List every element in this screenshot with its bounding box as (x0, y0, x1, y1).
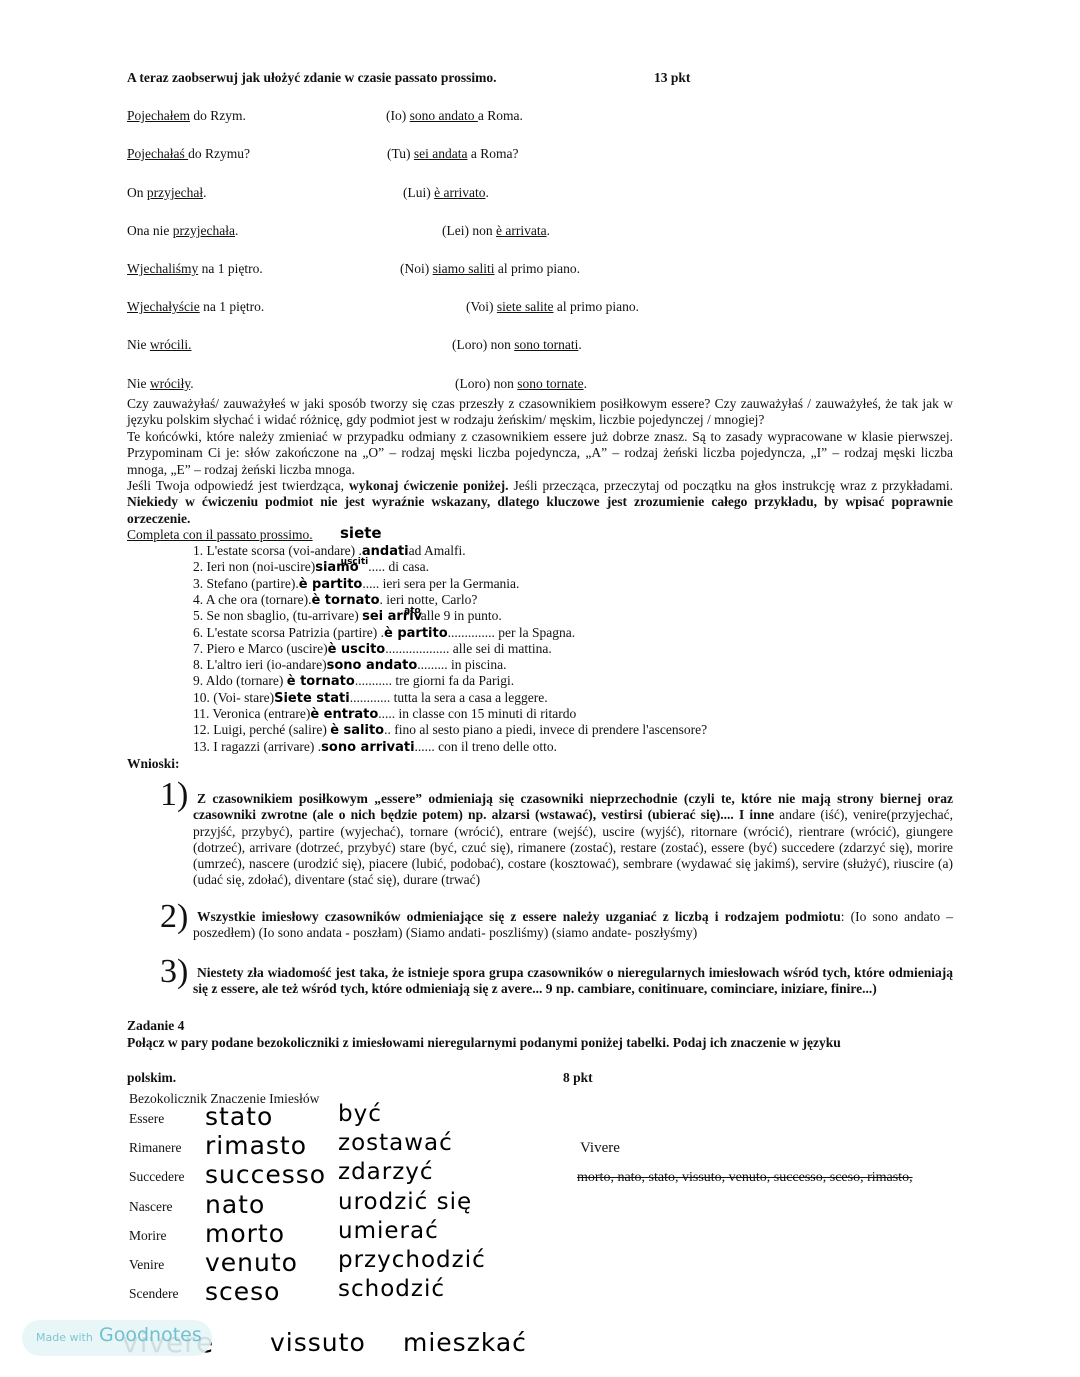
handwritten-answer: è salito (330, 723, 384, 738)
exercise-item: 12. Luigi, perché (salire) è salito.. fi… (193, 722, 707, 738)
conclusion-text: Z czasownikiem posiłkowym „essere” odmie… (193, 791, 953, 889)
handwritten-answer: è uscito (328, 642, 386, 657)
example-italian: (Loro) non sono tornate. (455, 376, 587, 392)
handwritten-participle: venuto (205, 1248, 298, 1277)
handwritten-meaning: przychodzić (338, 1247, 486, 1273)
conclusion-text: Niestety zła wiadomość jest taka, że ist… (193, 965, 953, 998)
conclusions-heading: Wnioski: (127, 756, 180, 772)
handwritten-participle: nato (205, 1190, 265, 1219)
handwritten-participle: successo (205, 1160, 326, 1189)
task-points: 8 pkt (563, 1070, 593, 1086)
handwritten-answer: sono arrivati (321, 740, 414, 755)
example-italian: (Tu) sei andata a Roma? (387, 146, 518, 162)
handwritten-participle: stato (205, 1102, 273, 1131)
example-italian: (Lui) è arrivato. (403, 185, 489, 201)
watermark-label: Made with (36, 1331, 93, 1344)
infinitive-cell: Morire (129, 1228, 167, 1244)
example-polish: Pojechałem do Rzym. (127, 108, 246, 124)
handwritten-answer: sono andato (327, 658, 418, 673)
section-title: A teraz zaobserwuj jak ułożyć zdanie w c… (127, 70, 496, 86)
points-label: 13 pkt (654, 70, 690, 86)
example-polish: Nie wróciły. (127, 376, 194, 392)
infinitive-cell: Scendere (129, 1286, 178, 1302)
handwritten-answer: andati (362, 544, 409, 559)
intro-paragraph-1: Czy zauważyłaś/ zauważyłeś w jaki sposób… (127, 396, 953, 429)
conclusion-number: 3) (160, 953, 188, 991)
handwritten-participle: rimasto (205, 1131, 307, 1160)
handwritten-meaning: urodzić się (338, 1189, 472, 1215)
exercise-item: 8. L'altro ieri (io-andare)sono andato..… (193, 657, 507, 673)
example-italian: (Noi) siamo saliti al primo piano. (400, 261, 580, 277)
infinitive-cell: Essere (129, 1111, 164, 1127)
intro-paragraph-2: Te końcówki, które należy zmieniać w prz… (127, 429, 953, 478)
exercise-item: 9. Aldo (tornare) è tornato........... t… (193, 673, 514, 689)
infinitive-cell: Nascere (129, 1199, 172, 1215)
handwritten-meaning: być (338, 1101, 382, 1127)
handwritten-answer: Siete stati (274, 691, 350, 706)
exercise-item: 4. A che ora (tornare).è tornato. ieri n… (193, 592, 477, 608)
exercise-item: 11. Veronica (entrare)è entrato..... in … (193, 706, 576, 722)
handwritten-participle: sceso (205, 1277, 280, 1306)
intro-bold: Niekiedy w ćwiczeniu podmiot nie jest wy… (127, 494, 953, 525)
handwritten-note: siete (340, 524, 382, 542)
exercise-item: 10. (Voi- stare)Siete stati............ … (193, 690, 548, 706)
handwritten-meaning: umierać (338, 1218, 439, 1244)
task-instruction: Połącz w pary podane bezokoliczniki z im… (127, 1035, 841, 1051)
extra-infinitive: Vivere (580, 1140, 620, 1157)
handwritten-participle: morto (205, 1219, 285, 1248)
exercise-item: 2. Ieri non (noi-uscire)siamousciti.....… (193, 559, 429, 575)
exercise-item: 5. Se non sbaglio, (tu-arrivare) sei arr… (193, 608, 502, 624)
exercise-item: 6. L'estate scorsa Patrizia (partire) .è… (193, 625, 575, 641)
example-italian: (Voi) siete salite al primo piano. (466, 299, 639, 315)
participle-list: morto, nato, stato, vissuto, venuto, suc… (577, 1170, 913, 1186)
exercise-item: 7. Piero e Marco (uscire)è uscito.......… (193, 641, 552, 657)
intro-text: Jeśli przecząca, przeczytaj od początku … (509, 478, 953, 493)
infinitive-cell: Venire (129, 1257, 164, 1273)
example-italian: (Loro) non sono tornati. (452, 337, 582, 353)
infinitive-cell: Succedere (129, 1169, 184, 1185)
goodnotes-logo: Goodnotes (99, 1324, 202, 1346)
handwritten-meaning: mieszkać (403, 1328, 527, 1357)
example-polish: Wjechałyście na 1 piętro. (127, 299, 264, 315)
conclusion-number: 1) (160, 776, 188, 814)
intro-bold: wykonaj ćwiczenie poniżej. (349, 478, 509, 493)
infinitive-cell: Rimanere (129, 1140, 181, 1156)
exercise-item: 13. I ragazzi (arrivare) .sono arrivati.… (193, 739, 557, 755)
example-polish: Wjechaliśmy na 1 piętro. (127, 261, 263, 277)
intro-text: Jeśli Twoja odpowiedź jest twierdząca, (127, 478, 349, 493)
handwritten-answer: è entrato (310, 707, 378, 722)
handwritten-participle: vissuto (270, 1328, 366, 1357)
conclusion-number: 2) (160, 898, 188, 936)
handwritten-answer: è tornato (311, 593, 379, 608)
handwritten-answer: è tornato (287, 674, 355, 689)
handwritten-meaning: zostawać (338, 1130, 453, 1156)
example-italian: (Io) sono andato a Roma. (386, 108, 523, 124)
example-polish: On przyjechał. (127, 185, 206, 201)
task-instruction-end: polskim. (127, 1070, 176, 1086)
task-title: Zadanie 4 (127, 1018, 184, 1034)
exercise-heading: Completa con il passato prossimo. (127, 527, 313, 543)
handwritten-meaning: schodzić (338, 1276, 445, 1302)
example-polish: Ona nie przyjechała. (127, 223, 238, 239)
conclusion-text: Wszystkie imiesłowy czasowników odmienia… (193, 909, 953, 942)
handwritten-answer: è partito (384, 626, 448, 641)
example-polish: Nie wrócili. (127, 337, 192, 353)
exercise-item: 3. Stefano (partire).è partito..... ieri… (193, 576, 519, 592)
example-italian: (Lei) non è arrivata. (442, 223, 550, 239)
exercise-item: 1. L'estate scorsa (voi-andare) .andatia… (193, 543, 466, 559)
intro-paragraph-3: Jeśli Twoja odpowiedź jest twierdząca, w… (127, 478, 953, 527)
handwritten-answer: è partito (299, 577, 363, 592)
handwritten-meaning: zdarzyć (338, 1159, 434, 1185)
example-polish: Pojechałaś do Rzymu? (127, 146, 250, 162)
